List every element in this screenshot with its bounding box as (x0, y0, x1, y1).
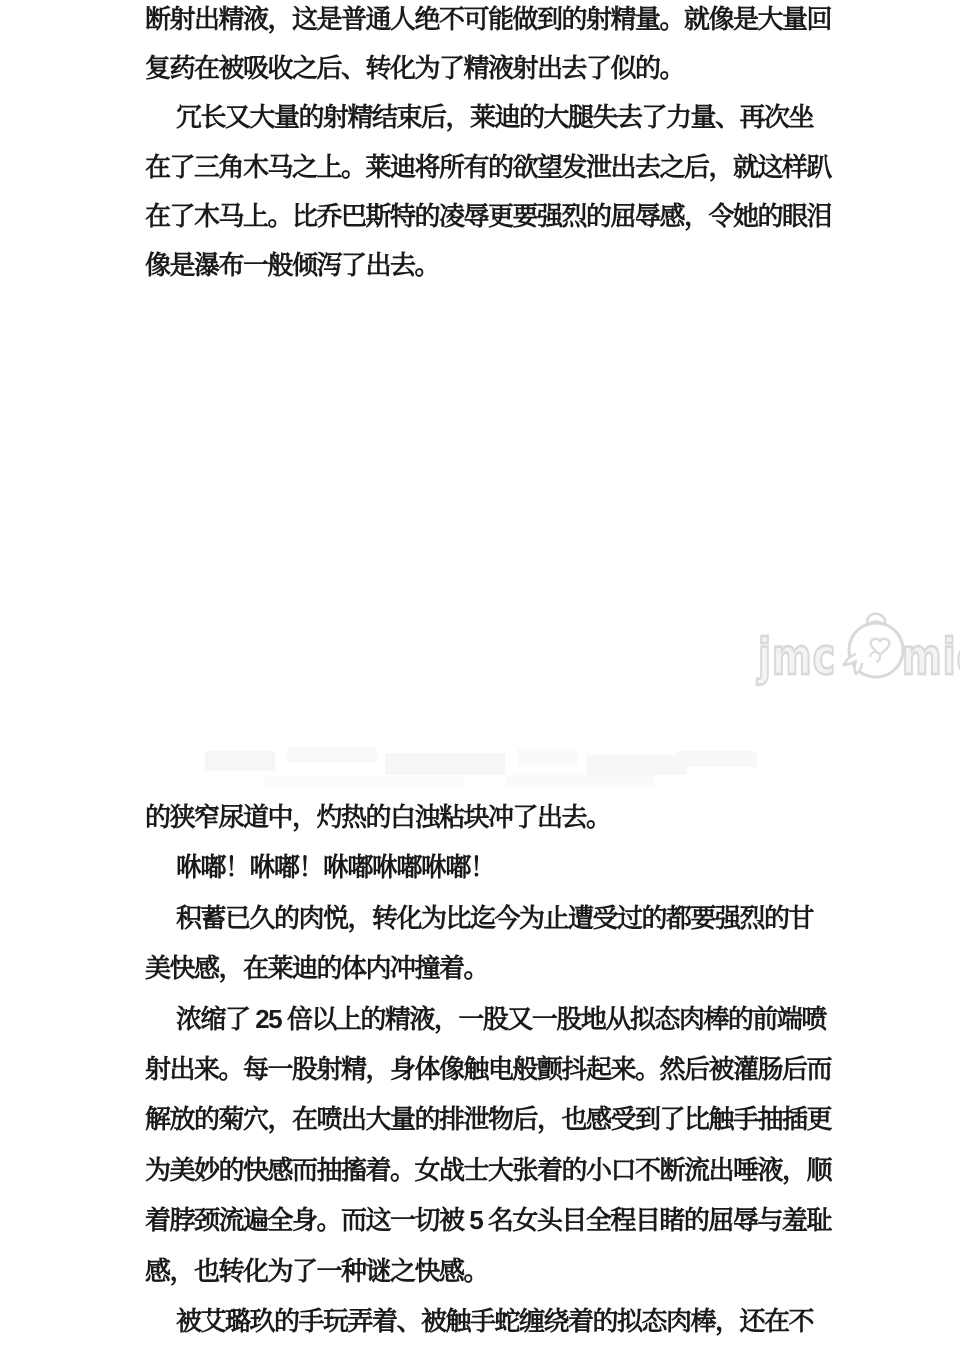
text-line: 的狭窄尿道中，灼热的白浊粘块冲了出去。 (145, 792, 847, 842)
watermark: jmc mic (752, 610, 960, 690)
text-line: 积蓄已久的肉悦，转化为比迄今为止遭受过的都要强烈的甘 (145, 893, 847, 943)
text-line: 被艾璐玖的手玩弄着、被触手蛇缠绕着的拟态肉棒，还在不 (145, 1296, 847, 1346)
text-line: 断射出精液，这是普通人绝不可能做到的射精量。就像是大量回 (145, 0, 847, 44)
text-line: 在了木马上。比乔巴斯特的凌辱更要强烈的屈辱感，令她的眼泪 (145, 192, 847, 241)
page: 断射出精液，这是普通人绝不可能做到的射精量。就像是大量回 复药在被吸收之后、转化… (0, 0, 960, 1358)
text-line: 射出来。每一股射精，身体像触电般颤抖起来。然后被灌肠后而 (145, 1044, 847, 1094)
text-line: 为美妙的快感而抽搐着。女战士大张着的小口不断流出唾液，顺 (145, 1145, 847, 1195)
top-paragraph-block: 断射出精液，这是普通人绝不可能做到的射精量。就像是大量回 复药在被吸收之后、转化… (145, 0, 847, 290)
text-line: 美快感，在莱迪的体内冲撞着。 (145, 943, 847, 993)
bird-mascot-icon (840, 610, 908, 685)
watermark-text-right: mic (902, 628, 960, 686)
faded-text-artifact (205, 745, 765, 789)
watermark-text-left: jmc (758, 628, 836, 686)
text-line: 冗长又大量的射精结束后，莱迪的大腿失去了力量、再次坐 (145, 93, 847, 142)
text-line: 着脖颈流遍全身。而这一切被 5 名女头目全程目睹的屈辱与羞耻 (145, 1195, 847, 1245)
text-line: 复药在被吸收之后、转化为了精液射出去了似的。 (145, 44, 847, 93)
text-line: 像是瀑布一般倾泻了出去。 (145, 241, 847, 290)
bottom-paragraph-block: 的狭窄尿道中，灼热的白浊粘块冲了出去。 咻嘟！咻嘟！咻嘟咻嘟咻嘟！ 积蓄已久的肉… (145, 792, 847, 1346)
text-line: 在了三角木马之上。莱迪将所有的欲望发泄出去之后，就这样趴 (145, 143, 847, 192)
text-line: 咻嘟！咻嘟！咻嘟咻嘟咻嘟！ (145, 842, 847, 892)
text-line: 浓缩了 25 倍以上的精液，一股又一股地从拟态肉棒的前端喷 (145, 994, 847, 1044)
text-line: 解放的菊穴，在喷出大量的排泄物后，也感受到了比触手抽插更 (145, 1094, 847, 1144)
text-line: 感，也转化为了一种谜之快感。 (145, 1246, 847, 1296)
